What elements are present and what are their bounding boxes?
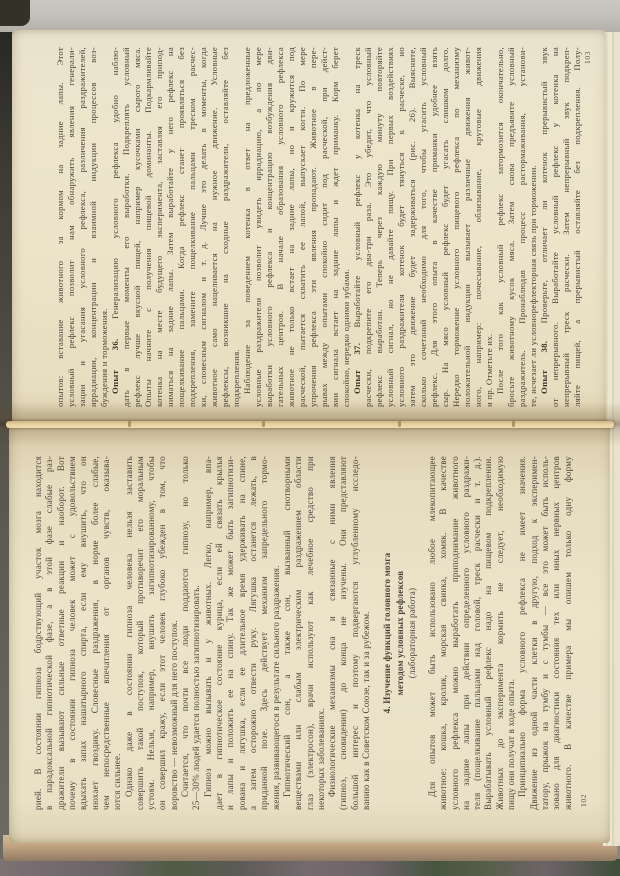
text-line: рефлекс выработан. Теперь через каждую м… [374,47,385,407]
text-line: Наблюдение за поведением котенка в ответ… [242,47,253,407]
text-line: а затем осторожно отвести руку. Лягушка … [248,456,259,810]
table-surface-edge [0,859,620,876]
text-line: условного рефлекса можно выработать прип… [450,456,461,810]
text-line: ляйте пищей, а прерывистый оставляйте бе… [572,47,583,407]
text-line: условный сигнал, но не давайте пищу. При… [385,47,396,407]
text-line: он совершил кражу, если этот человек глу… [157,456,168,810]
text-line: Опыт 37. Выработайте условный рефлекс у … [352,47,363,407]
binding-stitch-mark [128,421,131,427]
text-line: устоям. Нельзя, например, внушить загипн… [146,456,157,810]
book-gutter-ridge [6,421,614,428]
section-subheading-line: (лабораторная работа) [406,456,419,810]
page-102-text-column: рией. В состоянии гипноза бодрствующий у… [33,456,574,810]
experiment-number-label: Опыт 36. [110,339,120,394]
text-line: Опыт 38. Проверьте, отличает ли котенок … [539,47,550,407]
text-line: расчески, подкрепите его два-три раза. Э… [363,47,374,407]
text-line: в парадоксальной гипнотической фазе, а в… [44,456,55,810]
text-line: глаз (электросон), врачи используют как … [305,456,316,810]
text-line: теля (пощелкивание пальцами над головой,… [472,456,483,810]
text-line: большой интерес и поэтому подвергаются у… [350,456,361,810]
text-line: ются сильнее. [112,456,123,810]
text-line: дражители вызывают сильные ответные реак… [56,456,67,810]
text-line: пищу они получат в ходе опыта. [506,456,517,810]
scanned-book-photo: рией. В состоянии гипноза бодрствующий у… [0,0,620,876]
text-line: рована и лягушка, если ее длительное вре… [237,456,248,810]
text-line: татору, прыжок на тумбу и с тумбы — все … [540,456,551,810]
text-line: условный рефлекс позволит нам обнаружить… [66,47,77,407]
text-line: рефлекс. Для этого опыта в качестве прим… [429,47,440,407]
text-line: ванию как в Советском Союзе, так и за ру… [361,456,372,810]
text-line: нюхает гвоздику. Словесные раздражения, … [90,456,101,810]
text-line: и лапы и положить ее на спину. Так же мо… [225,456,236,810]
book-spread-rotated: рией. В состоянии гипноза бодрствующий у… [0,0,620,876]
text-line: Движение из одной части клетки в другую,… [529,456,540,810]
text-line: зации и угасания условного рефлекса, раз… [77,47,88,407]
experiment-number-label: Опыт 37. [352,343,362,394]
experiment-number-label: Опыт 38. [539,341,549,394]
text-line: Считается, что почти все люди поддаются … [180,456,191,810]
section-heading-line: методом условных рефлексов [394,456,407,810]
text-line: После того как условный рефлекс затормоз… [495,47,506,407]
text-line: Нередко торможение условного пищевого ре… [451,47,462,407]
text-line: Физиологические механизмы сна и связанны… [327,456,338,810]
text-line: Опыт 36. Генерализацию условного рефлекс… [110,47,121,407]
text-line: Вырабатывать условный рефлекс надо на пи… [483,456,494,810]
text-line: раздражитель. Пронаблюдав процесс растор… [517,47,528,407]
text-line: опытов: вставание животного за кормом на… [55,47,66,407]
text-line: Опыты начните с получения пищевой домина… [143,47,154,407]
text-line: от непрерывного. Выработайте условный ре… [550,47,561,407]
text-line: сыр. На мясо условный рефлекс будет угас… [440,47,451,407]
text-line: ного, например: почесывание, облизывание… [473,47,484,407]
text-line: вдыхать запах нашатырного спирта, если е… [78,456,89,810]
text-line: бросьте животному кусок мяса. Затем снов… [506,47,517,407]
text-line: почему в состоянии гипноза человек может… [67,456,78,810]
section-heading-line: 4. Изучение функций головного мозга [381,456,394,810]
text-line: Гипнотический сон, а также сон, вызванны… [282,456,293,810]
binding-stitch-mark [512,421,515,427]
page-102: рией. В состоянии гипноза бодрствующий у… [9,424,610,843]
text-line: иррадиации, концентрации и взаимной инду… [88,47,99,407]
text-line: подкрепления. [231,47,242,407]
scan-dark-corner [0,0,30,26]
text-line: те, исчезает ли условнорефлекторная связ… [528,47,539,407]
page-103-text-column: опытов: вставание животного за кормом на… [55,47,583,407]
text-line: упрочения рефлекса эти явления пропадают… [308,47,319,407]
text-line: на задние лапы при действии определенног… [461,456,472,810]
text-line: подкрепления, замените пощелкивание паль… [187,47,198,407]
text-line: Гипноз можно вызывать и у животных. Легк… [203,456,214,810]
text-line: животного. В качестве примера мы опишем … [563,456,574,810]
text-line: вии сигнала встает на задние лапы и ждет… [330,47,341,407]
text-line: и пр. Отметьте их. [484,47,495,407]
text-line: Для опытов может быть использовано любое… [427,456,438,810]
text-line: ки, словесным сигналом и т. д. Лучше это… [198,47,209,407]
page-103: опытов: вставание животного за кормом на… [12,30,606,424]
text-line: условного раздражителя котенок будет тян… [396,47,407,407]
text-line: жения, развивающегося в результате сильн… [271,456,282,810]
text-line: непрерывный треск расчески. Затем непрер… [561,47,572,407]
text-line: приданной позе. Здесь действует механизм… [259,456,270,810]
binding-stitch-mark [262,421,265,427]
text-line: расческой, пытается схватить ее лапой, в… [297,47,308,407]
text-line: животное: кошка, кролик, морская свинка,… [438,456,449,810]
text-line: (гипноз, сновидения) до конца не изучены… [338,456,349,810]
text-line: пощелкивание пальцами. Когда рефлекс ста… [176,47,187,407]
text-line: совершить такой поступок, который против… [135,456,146,810]
text-line: Животных до эксперимента кормить не след… [495,456,506,810]
text-line: Принципиально форма условного рефлекса н… [517,456,528,810]
text-line: котенка на месте будущего эксперимента, … [154,47,165,407]
text-line: гательных центров. В начале образования … [275,47,286,407]
text-line: выработки условного рефлекса и концентра… [264,47,275,407]
text-line: спокойно, нередко одними зубами. [341,47,352,407]
text-line: буждения и торможения. [99,47,110,407]
text-line: затем это движение будет задерживаться (… [407,47,418,407]
text-line: Однако даже в состоянии гипноза человека… [124,456,135,810]
text-line: дает в гипнотическое состояние курица, е… [214,456,225,810]
text-line: воровство — невозможный для него поступо… [169,456,180,810]
text-line: зовано для диагностики состояния тех или… [551,456,562,810]
text-line: рефлекс лучше вкусной пищей, например ку… [132,47,143,407]
text-line: некоторых заболеваниях. [316,456,327,810]
scanner-gray-strip [0,0,620,32]
text-line: ниматься на задние лапы. Затем выработай… [165,47,176,407]
text-line: рывах между опытами спокойно сидит под р… [319,47,330,407]
text-line: условные раздражители позволит увидеть и… [253,47,264,407]
text-line: 25—30% людей удается полностью загипноти… [191,456,202,810]
text-line: положительной индукции вызывает различны… [462,47,473,407]
text-line: веществами или слабым электрическим разд… [293,456,304,810]
text-line: дать в первые моменты его выработки. Под… [121,47,132,407]
text-line: чем непосредственные впечатления от орга… [101,456,112,810]
text-line: животное не только встает на задние лапы… [286,47,297,407]
page-number-103: 103 [583,51,592,64]
text-line: рефлексы, возникшие на сходные раздражит… [220,47,231,407]
text-line: сколько сочетаний необходимо для того, ч… [418,47,429,407]
binding-stitch-mark [398,421,401,427]
text-line: животное само нацеливается на нужное дви… [209,47,220,407]
text-line: рией. В состоянии гипноза бодрствующий у… [33,456,44,810]
page-number-102: 102 [579,794,588,807]
